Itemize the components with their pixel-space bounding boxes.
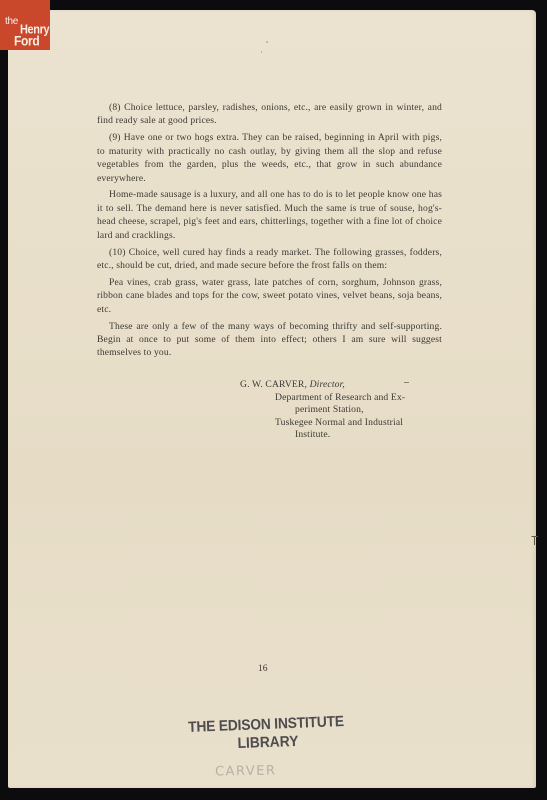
paragraph-10: (10) Choice, well cured hay finds a read…	[97, 246, 442, 273]
henry-ford-logo: the Henry Ford	[0, 0, 50, 50]
signature-block: G. W. CARVER, Director, Department of Re…	[240, 379, 405, 442]
handwritten-carver: CARVER	[215, 763, 277, 779]
logo-ford: Ford	[14, 34, 39, 48]
paragraph-closing: These are only a few of the many ways of…	[97, 320, 442, 360]
paragraph-9: (9) Have one or two hogs extra. They can…	[97, 131, 442, 185]
page-number: 16	[258, 664, 268, 674]
paragraph-sausage: Home-made sausage is a luxury, and all o…	[97, 188, 442, 242]
paper-speck	[261, 51, 262, 53]
signature-org-line2-cont: Institute.	[295, 429, 405, 442]
signature-org-line2: Tuskegee Normal and Industrial	[275, 417, 405, 430]
signature-org-line1: Department of Research and Ex-	[275, 392, 405, 405]
edge-mark	[531, 536, 538, 545]
paragraph-8: (8) Choice lettuce, parsley, radishes, o…	[97, 101, 442, 128]
signature-title: Director,	[310, 379, 345, 390]
signature-name-line: G. W. CARVER, Director,	[240, 379, 405, 392]
signature-org-line1-cont: periment Station,	[295, 404, 405, 417]
signature-name: G. W. CARVER,	[240, 379, 310, 390]
paper-speck	[266, 41, 268, 43]
paragraph-fodder-list: Pea vines, crab grass, water grass, late…	[97, 276, 442, 316]
logo-the: the	[5, 17, 18, 27]
library-stamp: THE EDISON INSTITUTE LIBRARY	[176, 716, 356, 751]
document-body: (8) Choice lettuce, parsley, radishes, o…	[97, 101, 442, 363]
